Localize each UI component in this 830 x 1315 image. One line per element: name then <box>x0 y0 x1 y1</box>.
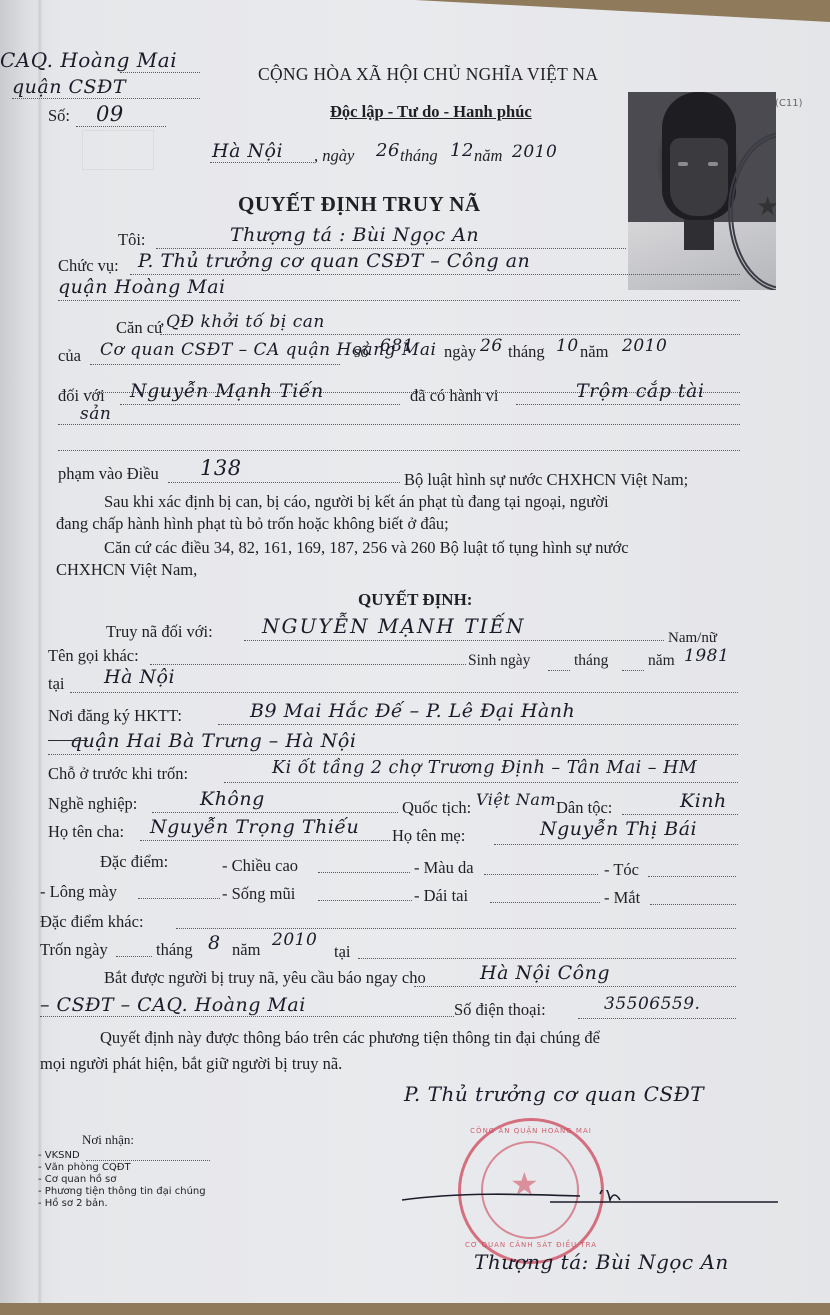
dotted-line <box>70 692 738 693</box>
song-mui-label: - Sống mũi <box>222 884 295 904</box>
gender-label: Nam/nữ <box>668 630 717 647</box>
phone-value: 35506559. <box>604 994 700 1014</box>
nation-title: CỘNG HÒA XÃ HỘI CHỦ NGHĨA VIỆT NA <box>258 64 598 85</box>
motto: Độc lập - Tư do - Hanh phúc <box>330 102 532 122</box>
wanted-person-name: NGUYỄN MẠNH TIẾN <box>262 614 526 638</box>
number-label: Số: <box>48 106 70 126</box>
dotted-line <box>622 670 644 671</box>
dac-diem-label: Đặc điểm: <box>100 852 168 872</box>
signer-name: Thượng tá: Bùi Ngọc An <box>474 1250 729 1274</box>
hktt-value-1: B9 Mai Hắc Đế – P. Lê Đại Hành <box>250 700 575 722</box>
dotted-line <box>490 902 600 903</box>
date-year: 2010 <box>512 142 557 162</box>
dac-diem-khac-label: Đặc điểm khác: <box>40 912 144 932</box>
dotted-line <box>622 814 738 815</box>
star-icon: ★ <box>756 192 776 222</box>
dotted-line <box>358 958 736 959</box>
dotted-line <box>12 98 200 99</box>
dotted-line <box>86 1160 210 1161</box>
sinh-ngay-label: Sinh ngày <box>468 652 530 670</box>
hktt-value-2: quận Hai Bà Trưng – Hà Nội <box>70 730 356 752</box>
dotted-line <box>318 900 412 901</box>
dotted-line <box>58 450 740 451</box>
hktt-label: Nơi đăng ký HKTT: <box>48 706 182 726</box>
dotted-line <box>90 364 340 365</box>
recipient-item: - Hồ sơ 2 bản. <box>38 1198 108 1209</box>
dotted-line <box>156 248 626 249</box>
truy-na-label: Truy nã đối với: <box>106 622 213 642</box>
quoc-tich-label: Quốc tịch: <box>402 798 471 818</box>
long-may-label: - Lông mày <box>40 882 117 902</box>
tai-label: tại <box>48 674 65 694</box>
birth-place: Hà Nội <box>104 666 175 688</box>
dotted-line <box>176 928 736 929</box>
sinh-nam-label: năm <box>648 652 675 670</box>
dotted-line <box>116 956 152 957</box>
ten-goi-khac-label: Tên gọi khác: <box>48 646 139 666</box>
recipients-heading: Nơi nhận: <box>82 1132 134 1148</box>
para2-line2: CHXHCN Việt Nam, <box>56 560 197 580</box>
dan-toc-value: Kinh <box>680 790 727 812</box>
chuc-vu-value-2: quận Hoàng Mai <box>58 276 226 298</box>
dotted-line <box>516 404 740 405</box>
signer-title: P. Thủ trưởng cơ quan CSĐT <box>404 1082 704 1106</box>
dotted-line <box>168 482 400 483</box>
decision-heading: QUYẾT ĐỊNH: <box>358 590 472 610</box>
phone-label: Số điện thoại: <box>454 1000 546 1020</box>
stamp-top-text: CÔNG AN QUẬN HOÀNG MAI <box>461 1127 601 1135</box>
dash-mark <box>48 740 88 741</box>
document-title: QUYẾT ĐỊNH TRUY NÃ <box>238 192 481 217</box>
escape-year: 2010 <box>272 930 317 950</box>
thang-label: tháng <box>508 342 545 362</box>
sinh-thang-label: tháng <box>574 652 608 670</box>
hanh-vi-label: đã có hành vi <box>410 386 498 406</box>
chuc-vu-value-1: P. Thủ trưởng cơ quan CSĐT – Công an <box>138 250 530 272</box>
nam-value: 2010 <box>622 336 667 356</box>
birth-year: 1981 <box>684 646 729 666</box>
ngay-label: ngày <box>444 342 476 362</box>
cua-value: Cơ quan CSĐT – CA quận Hoàng Mai <box>100 340 436 360</box>
dieu-value: 138 <box>200 456 242 480</box>
signature-stroke <box>400 1190 780 1206</box>
me-label: Họ tên mẹ: <box>392 826 465 846</box>
nam-label: năm <box>580 342 608 362</box>
tron-tai-label: tại <box>334 942 351 962</box>
mother-name: Nguyễn Thị Bái <box>540 818 697 840</box>
suspect-photo: ★ <box>628 92 776 290</box>
number-value: 09 <box>96 102 124 126</box>
month-label: tháng <box>400 146 438 166</box>
dotted-line <box>648 876 736 877</box>
para1-line1: Sau khi xác định bị can, bị cáo, người b… <box>104 492 609 512</box>
dotted-line <box>150 664 466 665</box>
cho-o-label: Chỗ ở trước khi trốn: <box>48 764 188 784</box>
date-prefix: , ngày <box>314 146 354 166</box>
stamp-bottom-text: CƠ QUAN CẢNH SÁT ĐIỀU TRA <box>461 1241 601 1249</box>
mat-label: - Mắt <box>604 888 640 908</box>
dotted-line <box>140 840 390 841</box>
dotted-line <box>578 1018 736 1019</box>
bao-value-1: Hà Nội Công <box>480 962 610 984</box>
cho-o-value: Ki ốt tầng 2 chợ Trương Định – Tân Mai –… <box>272 758 697 778</box>
hanh-vi-value-2: sản <box>80 404 111 424</box>
chuc-vu-label: Chức vụ: <box>58 256 119 276</box>
dan-toc-label: Dân tộc: <box>556 798 612 818</box>
dotted-line <box>48 754 738 755</box>
nghe-value: Không <box>200 788 265 810</box>
doi-voi-value: Nguyễn Mạnh Tiến <box>130 380 324 402</box>
tron-nam-label: năm <box>232 940 260 960</box>
agency-line-2: quận CSĐT <box>12 76 126 98</box>
recipient-item: - VKSND <box>38 1150 80 1161</box>
date-day: 26 <box>376 140 400 161</box>
year-label: năm <box>474 146 502 166</box>
agency-line-1: CAQ. Hoàng Mai <box>0 48 177 72</box>
recipient-item: - Văn phòng CQĐT <box>38 1162 131 1173</box>
doi-voi-label: đối với <box>58 386 105 406</box>
para2-line1: Căn cứ các điều 34, 82, 161, 169, 187, 2… <box>104 538 629 558</box>
dotted-line <box>120 72 200 73</box>
recipient-item: - Phương tiện thông tin đại chúng <box>38 1186 206 1197</box>
quoc-tich-value: Việt Nam <box>476 790 556 809</box>
hanh-vi-value-1: Trộm cắp tài <box>576 380 704 402</box>
dotted-line <box>130 274 740 275</box>
notice-line1: Quyết định này được thông báo trên các p… <box>100 1028 600 1048</box>
dotted-line <box>548 670 570 671</box>
page-fold <box>38 0 42 1303</box>
can-cu-label: Căn cứ <box>116 318 163 338</box>
recipient-item: - Cơ quan hồ sơ <box>38 1174 116 1185</box>
dotted-line <box>210 162 314 163</box>
cha-label: Họ tên cha: <box>48 822 124 842</box>
dotted-line <box>494 844 738 845</box>
mau-da-label: - Màu da <box>414 858 474 878</box>
toc-label: - Tóc <box>604 860 639 880</box>
para1-line2: đang chấp hành hình phạt tù bỏ trốn hoặc… <box>56 514 449 534</box>
dai-tai-label: - Dái tai <box>414 886 468 906</box>
bao-label: Bắt được người bị truy nã, yêu cầu báo n… <box>104 968 426 988</box>
notice-line2: mọi người phát hiện, bắt giữ người bị tr… <box>40 1054 342 1074</box>
dotted-line <box>76 126 166 127</box>
dotted-line <box>138 898 220 899</box>
ngay-value: 26 <box>480 336 503 356</box>
thang-value: 10 <box>556 336 579 356</box>
dotted-line <box>318 872 410 873</box>
tron-ngay-label: Trốn ngày <box>40 940 108 960</box>
dotted-line <box>484 874 598 875</box>
bao-value-2: – CSĐT – CAQ. Hoàng Mai <box>40 994 306 1016</box>
chieu-cao-label: - Chiều cao <box>222 856 298 876</box>
document-page: CAQ. Hoàng Mai quận CSĐT Số: 09 CỘNG HÒA… <box>0 0 830 1303</box>
escape-month: 8 <box>208 932 221 954</box>
dotted-line <box>224 782 738 783</box>
dotted-line <box>244 640 664 641</box>
bo-luat-text: Bộ luật hình sự nước CHXHCN Việt Nam; <box>404 470 688 490</box>
date-month: 12 <box>450 140 474 161</box>
dotted-line <box>120 404 400 405</box>
dotted-line <box>414 986 736 987</box>
faint-stamp-mark <box>82 130 154 170</box>
form-code: (C11) <box>775 98 803 109</box>
dotted-line <box>58 424 740 425</box>
dotted-line <box>152 812 398 813</box>
dieu-label: phạm vào Điều <box>58 464 159 484</box>
dotted-line <box>650 904 736 905</box>
dotted-line <box>40 1016 454 1017</box>
tron-thang-label: tháng <box>156 940 193 960</box>
toi-label: Tôi: <box>118 230 146 250</box>
nghe-label: Nghề nghiệp: <box>48 794 137 814</box>
dotted-line <box>58 300 740 301</box>
dotted-line <box>218 724 738 725</box>
place: Hà Nội <box>212 140 283 162</box>
dotted-line <box>160 334 740 335</box>
cua-label: của <box>58 346 81 366</box>
toi-value: Thượng tá : Bùi Ngọc An <box>230 224 479 246</box>
father-name: Nguyễn Trọng Thiếu <box>150 816 359 838</box>
can-cu-value: QĐ khởi tố bị can <box>166 312 325 332</box>
